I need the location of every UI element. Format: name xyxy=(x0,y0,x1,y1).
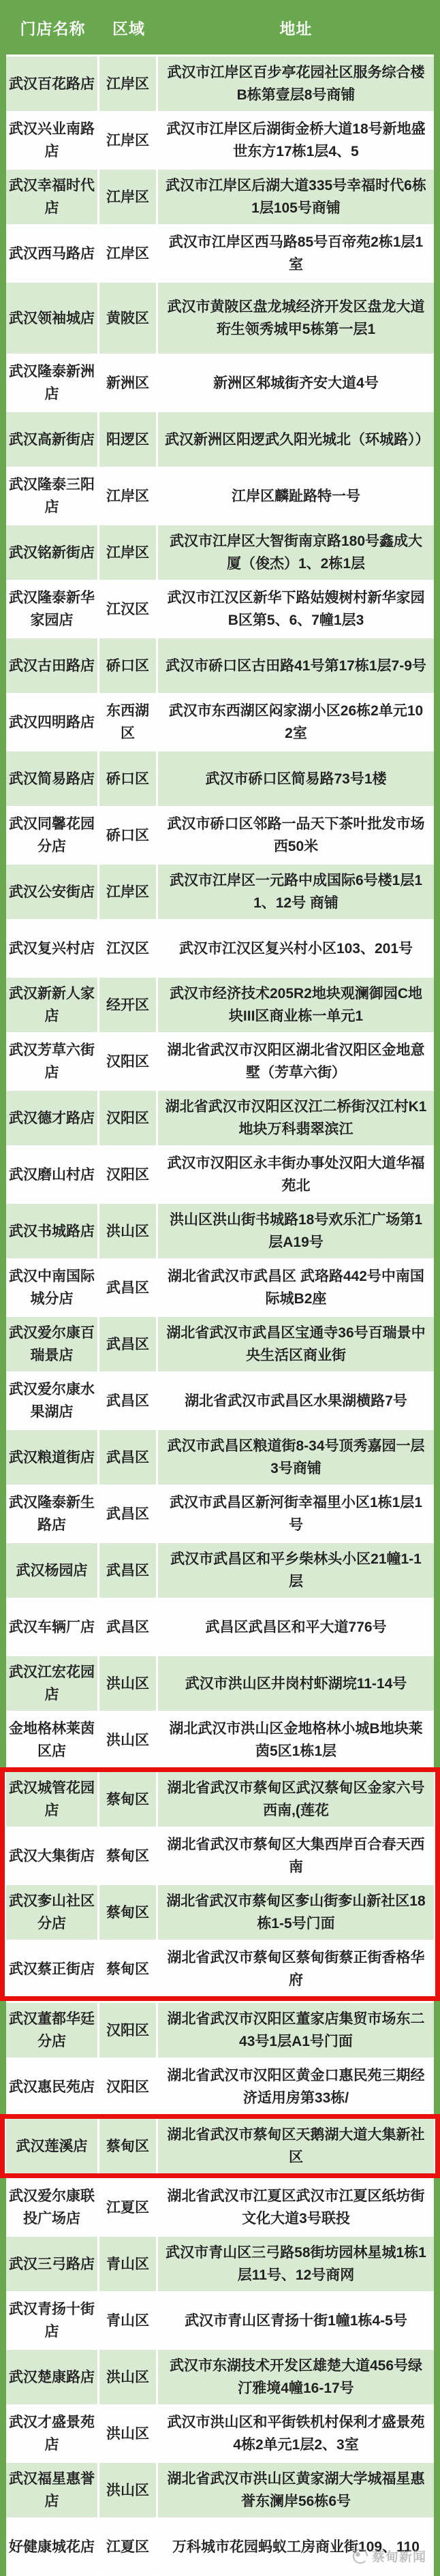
table-row: 武汉百花路店 江岸区 武汉市江岸区百步亭花园社区服务综合楼B栋第壹层8号商铺 xyxy=(6,55,434,111)
district-cell: 江汉区 xyxy=(99,921,158,976)
table-row: 武汉芳草六街店 汉阳区 湖北省武汉市汉阳区湖北省汉阳区金地意墅（芳草六街） xyxy=(6,1032,434,1089)
store-name-cell: 武汉领袖城店 xyxy=(6,283,99,354)
store-name-cell: 武汉青扬十街店 xyxy=(6,2293,99,2348)
table-row: 武汉三弓路店 青山区 武汉市青山区三弓路58街坊园林星城1栋1层11号、12号商… xyxy=(6,2235,434,2291)
address-cell: 武汉市硚口区古田路41号第17栋1层7-9号 xyxy=(158,638,434,693)
district-cell: 武昌区 xyxy=(99,1487,158,1541)
store-name-cell: 武汉蔡正街店 xyxy=(6,1942,99,1996)
address-cell: 湖北省武汉市武昌区宝通寺36号百瑞景中央生活区商业街 xyxy=(158,1317,434,1371)
table-row: 武汉车辆厂店 武昌区 武昌区武昌区和平大道776号 xyxy=(6,1598,434,1654)
table-row: 武汉大集街店 蔡甸区 湖北省武汉市蔡甸区大集西岸百合春天西南 xyxy=(6,1827,434,1883)
address-cell: 武汉市硚口区邻路一品天下茶叶批发市场西50米 xyxy=(158,808,434,863)
address-cell: 万科城市花园蚂蚁工房商业街109、110 xyxy=(158,2519,434,2574)
table-row: 武汉隆泰新生路店 武昌区 武汉市武昌区新河街幸福里小区1栋1层1号 xyxy=(6,1485,434,1541)
district-cell: 蔡甸区 xyxy=(99,1942,158,1996)
store-name-cell: 武汉复兴村店 xyxy=(6,921,99,976)
store-name-cell: 武汉中南国际城分店 xyxy=(6,1260,99,1315)
table-body: 武汉百花路店 江岸区 武汉市江岸区百步亭花园社区服务综合楼B栋第壹层8号商铺 武… xyxy=(6,55,434,2576)
address-cell: 湖北省武汉市武昌区水果湖横路7号 xyxy=(158,1374,434,1428)
store-name-cell: 武汉粮道街店 xyxy=(6,1430,99,1485)
table-row: 武汉古田路店 硚口区 武汉市硚口区古田路41号第17栋1层7-9号 xyxy=(6,636,434,693)
store-name-cell: 武汉兴业南路店 xyxy=(6,113,99,168)
store-name-cell: 武汉芳草六街店 xyxy=(6,1034,99,1089)
store-name-cell: 武汉铭新街店 xyxy=(6,525,99,580)
district-cell: 硚口区 xyxy=(99,638,158,693)
district-cell: 洪山区 xyxy=(99,1656,158,1711)
district-cell: 汉阳区 xyxy=(99,1147,158,1202)
district-cell: 硚口区 xyxy=(99,751,158,806)
district-cell: 江夏区 xyxy=(99,2519,158,2574)
column-header-address: 地址 xyxy=(158,16,434,39)
table-row: 武汉城管花园店 蔡甸区 湖北省武汉市蔡甸区武汉蔡甸区金家六号西南,(莲花 xyxy=(6,1772,434,1827)
store-name-cell: 武汉城管花园店 xyxy=(6,1772,99,1827)
address-cell: 武昌区武昌区和平大道776号 xyxy=(158,1600,434,1654)
district-cell: 洪山区 xyxy=(99,2463,158,2517)
district-cell: 武昌区 xyxy=(99,1430,158,1485)
table-row: 武汉西马路店 江岸区 武汉市江岸区西马路85号百帝苑2栋1层1室 xyxy=(6,224,434,281)
store-name-cell: 武汉奓山社区分店 xyxy=(6,1885,99,1940)
address-cell: 武汉市江汉区新华下路姑嫂树村新华家园B区第5、6、7幢1层3 xyxy=(158,582,434,636)
district-cell: 经开区 xyxy=(99,978,158,1032)
address-cell: 武汉市武昌区和平乡柴林头小区21幢1-1层 xyxy=(158,1543,434,1598)
store-name-cell: 武汉百花路店 xyxy=(6,57,99,111)
address-cell: 武汉市江岸区西马路85号百帝苑2栋1层1室 xyxy=(158,226,434,281)
store-name-cell: 武汉福星惠誉店 xyxy=(6,2463,99,2517)
store-name-cell: 武汉江宏花园店 xyxy=(6,1656,99,1711)
table-row: 武汉杨园店 武昌区 武汉市武昌区和平乡柴林头小区21幢1-1层 xyxy=(6,1541,434,1598)
table-row: 武汉同馨花园分店 硚口区 武汉市硚口区邻路一品天下茶叶批发市场西50米 xyxy=(6,806,434,863)
address-cell: 武汉市武昌区新河街幸福里小区1栋1层1号 xyxy=(158,1487,434,1541)
table-row: 武汉惠民苑店 汉阳区 湖北省武汉市汉阳区黄金口惠民苑三期经济适用房第33栋/ xyxy=(6,2058,434,2114)
district-cell: 洪山区 xyxy=(99,1204,158,1258)
district-cell: 蔡甸区 xyxy=(99,1772,158,1827)
store-name-cell: 武汉杨园店 xyxy=(6,1543,99,1598)
district-cell: 江岸区 xyxy=(99,57,158,111)
district-cell: 江岸区 xyxy=(99,113,158,168)
store-name-cell: 武汉隆泰新洲店 xyxy=(6,356,99,410)
table-row: 武汉爱尔康百瑞景店 武昌区 湖北省武汉市武昌区宝通寺36号百瑞景中央生活区商业街 xyxy=(6,1315,434,1371)
table-header: 门店名称 区域 地址 xyxy=(0,0,440,55)
address-cell: 武汉新洲区阳逻武久阳光城北（环城路）） xyxy=(158,412,434,467)
address-cell: 湖北省武汉市蔡甸区奓山街奓山新社区18栋1-5号门面 xyxy=(158,1885,434,1940)
table-row: 武汉楚康路店 洪山区 武汉市东湖技术开发区雄楚大道456号绿汀雅境4幢16-17… xyxy=(6,2348,434,2404)
address-cell: 湖北武汉市洪山区金地格林小城B地块莱茵5区1栋1层 xyxy=(158,1713,434,1767)
table-row: 武汉福星惠誉店 洪山区 湖北省武汉市洪山区黄家湖大学城福星惠誉东澜岸56栋6号 xyxy=(6,2461,434,2517)
address-cell: 武汉市青山区青扬十街1幢1栋4-5号 xyxy=(158,2293,434,2348)
column-header-district: 区域 xyxy=(99,16,158,39)
table-row: 武汉隆泰新华家园店 江汉区 武汉市江汉区新华下路姑嫂树村新华家园B区第5、6、7… xyxy=(6,580,434,636)
address-cell: 武汉市洪山区井岗村虾湖垸11-14号 xyxy=(158,1656,434,1711)
store-name-cell: 武汉大集街店 xyxy=(6,1829,99,1883)
table-row: 武汉公安街店 江岸区 武汉市江岸区一元路中成国际6号楼1层11、12号 商铺 xyxy=(6,863,434,919)
address-cell: 湖北省武汉市洪山区黄家湖大学城福星惠誉东澜岸56栋6号 xyxy=(158,2463,434,2517)
district-cell: 江夏区 xyxy=(99,2180,158,2235)
address-cell: 武汉市江岸区大智街南京路180号鑫成大厦（俊杰）1、2栋1层 xyxy=(158,525,434,580)
store-name-cell: 金地格林莱茵区店 xyxy=(6,1713,99,1767)
address-cell: 武汉市江汉区复兴村小区103、201号 xyxy=(158,921,434,976)
store-name-cell: 武汉董都华廷分店 xyxy=(6,2003,99,2058)
district-cell: 江岸区 xyxy=(99,865,158,919)
table-row: 武汉四明路店 东西湖区 武汉市东西湖区闷家湖小区26栋2单元102室 xyxy=(6,693,434,749)
district-cell: 江汉区 xyxy=(99,582,158,636)
district-cell: 汉阳区 xyxy=(99,1034,158,1089)
store-name-cell: 武汉才盛景苑店 xyxy=(6,2406,99,2461)
store-name-cell: 武汉四明路店 xyxy=(6,695,99,749)
store-name-cell: 武汉西马路店 xyxy=(6,226,99,281)
address-cell: 湖北省武汉市汉阳区汉江二桥街汉江村K1地块万科翡翠滨江 xyxy=(158,1091,434,1145)
district-cell: 青山区 xyxy=(99,2293,158,2348)
district-cell: 汉阳区 xyxy=(99,2003,158,2058)
district-cell: 汉阳区 xyxy=(99,1091,158,1145)
address-cell: 湖北省武汉市蔡甸区大集西岸百合春天西南 xyxy=(158,1829,434,1883)
district-cell: 蔡甸区 xyxy=(99,2119,158,2173)
district-cell: 东西湖区 xyxy=(99,695,158,749)
district-cell: 江岸区 xyxy=(99,469,158,523)
address-cell: 湖北省武汉市江夏区武汉市江夏区纸坊街文化大道3号联投 xyxy=(158,2180,434,2235)
table-row: 武汉磨山村店 汉阳区 武汉市汉阳区永丰街办事处汉阳大道华福苑北 xyxy=(6,1145,434,1202)
store-name-cell: 武汉高新街店 xyxy=(6,412,99,467)
store-name-cell: 武汉新新人家店 xyxy=(6,978,99,1032)
address-cell: 武汉市江岸区后湖街金桥大道18号新地盛世东方17栋1层4、5 xyxy=(158,113,434,168)
store-name-cell: 武汉楚康路店 xyxy=(6,2350,99,2404)
district-cell: 江岸区 xyxy=(99,226,158,281)
store-name-cell: 武汉德才路店 xyxy=(6,1091,99,1145)
table-row: 武汉董都华廷分店 汉阳区 湖北省武汉市汉阳区董家店集贸市场东二43号1层A1号门… xyxy=(6,2001,434,2058)
table-row: 武汉隆泰三阳店 江岸区 江岸区麟趾路特一号 xyxy=(6,467,434,523)
table-row: 武汉复兴村店 江汉区 武汉市江汉区复兴村小区103、201号 xyxy=(6,919,434,976)
store-name-cell: 武汉惠民苑店 xyxy=(6,2060,99,2114)
address-cell: 武汉市武昌区粮道街8-34号顶秀嘉园一层3号商铺 xyxy=(158,1430,434,1485)
store-name-cell: 武汉公安街店 xyxy=(6,865,99,919)
table-row: 武汉幸福时代店 江岸区 武汉市江岸区后湖大道335号幸福时代6栋1层105号商铺 xyxy=(6,168,434,224)
table-row: 武汉才盛景苑店 洪山区 武汉市洪山区和平街铁机村保利才盛景苑4栋2单元1层2、3… xyxy=(6,2404,434,2461)
address-cell: 武汉市江岸区百步亭花园社区服务综合楼B栋第壹层8号商铺 xyxy=(158,57,434,111)
store-name-cell: 武汉同馨花园分店 xyxy=(6,808,99,863)
district-cell: 武昌区 xyxy=(99,1600,158,1654)
address-cell: 湖北省武汉市蔡甸区蔡甸街蔡正街香格华府 xyxy=(158,1942,434,1996)
district-cell: 硚口区 xyxy=(99,808,158,863)
district-cell: 蔡甸区 xyxy=(99,1885,158,1940)
table-row: 武汉莲溪店 蔡甸区 湖北省武汉市蔡甸区天鹅湖大道大集新社区 xyxy=(6,2119,434,2173)
table-row: 武汉青扬十街店 青山区 武汉市青山区青扬十街1幢1栋4-5号 xyxy=(6,2291,434,2348)
table-row: 金地格林莱茵区店 洪山区 湖北武汉市洪山区金地格林小城B地块莱茵5区1栋1层 xyxy=(6,1711,434,1767)
highlight-box: 武汉城管花园店 蔡甸区 湖北省武汉市蔡甸区武汉蔡甸区金家六号西南,(莲花 武汉大… xyxy=(0,1767,440,2001)
district-cell: 汉阳区 xyxy=(99,2060,158,2114)
address-cell: 武汉市汉阳区永丰街办事处汉阳大道华福苑北 xyxy=(158,1147,434,1202)
store-name-cell: 武汉车辆厂店 xyxy=(6,1600,99,1654)
highlight-box: 武汉莲溪店 蔡甸区 湖北省武汉市蔡甸区天鹅湖大道大集新社区 xyxy=(0,2114,440,2178)
table-row: 武汉新新人家店 经开区 武汉市经济技术205R2地块观澜御园C地块III区商业栋… xyxy=(6,976,434,1032)
address-cell: 武汉市东西湖区闷家湖小区26栋2单元102室 xyxy=(158,695,434,749)
address-cell: 武汉市青山区三弓路58街坊园林星城1栋1层11号、12号商网 xyxy=(158,2237,434,2291)
table-row: 武汉领袖城店 黄陂区 武汉市黄陂区盘龙城经济开发区盘龙大道珩生领秀城甲5栋第一层… xyxy=(6,281,434,354)
table-row: 武汉粮道街店 武昌区 武汉市武昌区粮道街8-34号顶秀嘉园一层3号商铺 xyxy=(6,1428,434,1485)
address-cell: 武汉市洪山区和平街铁机村保利才盛景苑4栋2单元1层2、3室 xyxy=(158,2406,434,2461)
district-cell: 武昌区 xyxy=(99,1260,158,1315)
store-name-cell: 武汉磨山村店 xyxy=(6,1147,99,1202)
district-cell: 武昌区 xyxy=(99,1317,158,1371)
address-cell: 新洲区邾城街齐安大道4号 xyxy=(158,356,434,410)
table-row: 武汉隆泰新洲店 新洲区 新洲区邾城街齐安大道4号 xyxy=(6,354,434,410)
table-row: 武汉德才路店 汉阳区 湖北省武汉市汉阳区汉江二桥街汉江村K1地块万科翡翠滨江 xyxy=(6,1089,434,1145)
store-name-cell: 武汉莲溪店 xyxy=(6,2119,99,2173)
address-cell: 武汉市黄陂区盘龙城经济开发区盘龙大道珩生领秀城甲5栋第一层1 xyxy=(158,283,434,354)
table-row: 武汉高新街店 阳逻区 武汉新洲区阳逻武久阳光城北（环城路）） xyxy=(6,410,434,467)
table-row: 武汉中南国际城分店 武昌区 湖北省武汉市武昌区 武珞路442号中南国际城B2座 xyxy=(6,1258,434,1315)
address-cell: 湖北省武汉市汉阳区黄金口惠民苑三期经济适用房第33栋/ xyxy=(158,2060,434,2114)
store-name-cell: 武汉古田路店 xyxy=(6,638,99,693)
district-cell: 武昌区 xyxy=(99,1543,158,1598)
district-cell: 江岸区 xyxy=(99,170,158,224)
table-row: 武汉蔡正街店 蔡甸区 湖北省武汉市蔡甸区蔡甸街蔡正街香格华府 xyxy=(6,1940,434,1996)
address-cell: 湖北省武汉市汉阳区董家店集贸市场东二43号1层A1号门面 xyxy=(158,2003,434,2058)
district-cell: 洪山区 xyxy=(99,1713,158,1767)
store-name-cell: 武汉三弓路店 xyxy=(6,2237,99,2291)
store-list-page: 门店名称 区域 地址 武汉百花路店 江岸区 武汉市江岸区百步亭花园社区服务综合楼… xyxy=(0,0,440,2576)
district-cell: 武昌区 xyxy=(99,1374,158,1428)
store-name-cell: 武汉书城路店 xyxy=(6,1204,99,1258)
address-cell: 湖北省武汉市蔡甸区天鹅湖大道大集新社区 xyxy=(158,2119,434,2173)
table-row: 武汉简易路店 硚口区 武汉市硚口区简易路73号1楼 xyxy=(6,749,434,806)
store-name-cell: 武汉爱尔康水果湖店 xyxy=(6,1374,99,1428)
store-name-cell: 武汉爱尔康百瑞景店 xyxy=(6,1317,99,1371)
store-name-cell: 武汉幸福时代店 xyxy=(6,170,99,224)
store-name-cell: 好健康城花店 xyxy=(6,2519,99,2574)
table-row: 武汉奓山社区分店 蔡甸区 湖北省武汉市蔡甸区奓山街奓山新社区18栋1-5号门面 xyxy=(6,1883,434,1940)
table-row: 武汉兴业南路店 江岸区 武汉市江岸区后湖街金桥大道18号新地盛世东方17栋1层4… xyxy=(6,111,434,168)
address-cell: 江岸区麟趾路特一号 xyxy=(158,469,434,523)
district-cell: 洪山区 xyxy=(99,2406,158,2461)
district-cell: 阳逻区 xyxy=(99,412,158,467)
column-header-store-name: 门店名称 xyxy=(6,16,99,39)
address-cell: 湖北省武汉市蔡甸区武汉蔡甸区金家六号西南,(莲花 xyxy=(158,1772,434,1827)
table-row: 武汉江宏花园店 洪山区 武汉市洪山区井岗村虾湖垸11-14号 xyxy=(6,1654,434,1711)
address-cell: 湖北省武汉市汉阳区湖北省汉阳区金地意墅（芳草六街） xyxy=(158,1034,434,1089)
address-cell: 武汉市江岸区一元路中成国际6号楼1层11、12号 商铺 xyxy=(158,865,434,919)
store-name-cell: 武汉爱尔康联投广场店 xyxy=(6,2180,99,2235)
address-cell: 湖北省武汉市武昌区 武珞路442号中南国际城B2座 xyxy=(158,1260,434,1315)
table-row: 武汉铭新街店 江岸区 武汉市江岸区大智街南京路180号鑫成大厦（俊杰）1、2栋1… xyxy=(6,523,434,580)
district-cell: 黄陂区 xyxy=(99,283,158,354)
district-cell: 江岸区 xyxy=(99,525,158,580)
table-row: 好健康城花店 江夏区 万科城市花园蚂蚁工房商业街109、110 xyxy=(6,2517,434,2574)
store-name-cell: 武汉隆泰三阳店 xyxy=(6,469,99,523)
address-cell: 武汉市经济技术205R2地块观澜御园C地块III区商业栋一单元1 xyxy=(158,978,434,1032)
address-cell: 洪山区洪山街书城路18号欢乐汇广场第1层A19号 xyxy=(158,1204,434,1258)
district-cell: 新洲区 xyxy=(99,356,158,410)
table-row: 武汉爱尔康水果湖店 武昌区 湖北省武汉市武昌区水果湖横路7号 xyxy=(6,1371,434,1428)
district-cell: 洪山区 xyxy=(99,2350,158,2404)
address-cell: 武汉市东湖技术开发区雄楚大道456号绿汀雅境4幢16-17号 xyxy=(158,2350,434,2404)
store-name-cell: 武汉简易路店 xyxy=(6,751,99,806)
store-name-cell: 武汉隆泰新华家园店 xyxy=(6,582,99,636)
district-cell: 青山区 xyxy=(99,2237,158,2291)
address-cell: 武汉市江岸区后湖大道335号幸福时代6栋1层105号商铺 xyxy=(158,170,434,224)
table-row: 武汉书城路店 洪山区 洪山区洪山街书城路18号欢乐汇广场第1层A19号 xyxy=(6,1202,434,1258)
store-name-cell: 武汉隆泰新生路店 xyxy=(6,1487,99,1541)
table-row: 武汉爱尔康联投广场店 江夏区 湖北省武汉市江夏区武汉市江夏区纸坊街文化大道3号联… xyxy=(6,2178,434,2235)
district-cell: 蔡甸区 xyxy=(99,1829,158,1883)
address-cell: 武汉市硚口区简易路73号1楼 xyxy=(158,751,434,806)
